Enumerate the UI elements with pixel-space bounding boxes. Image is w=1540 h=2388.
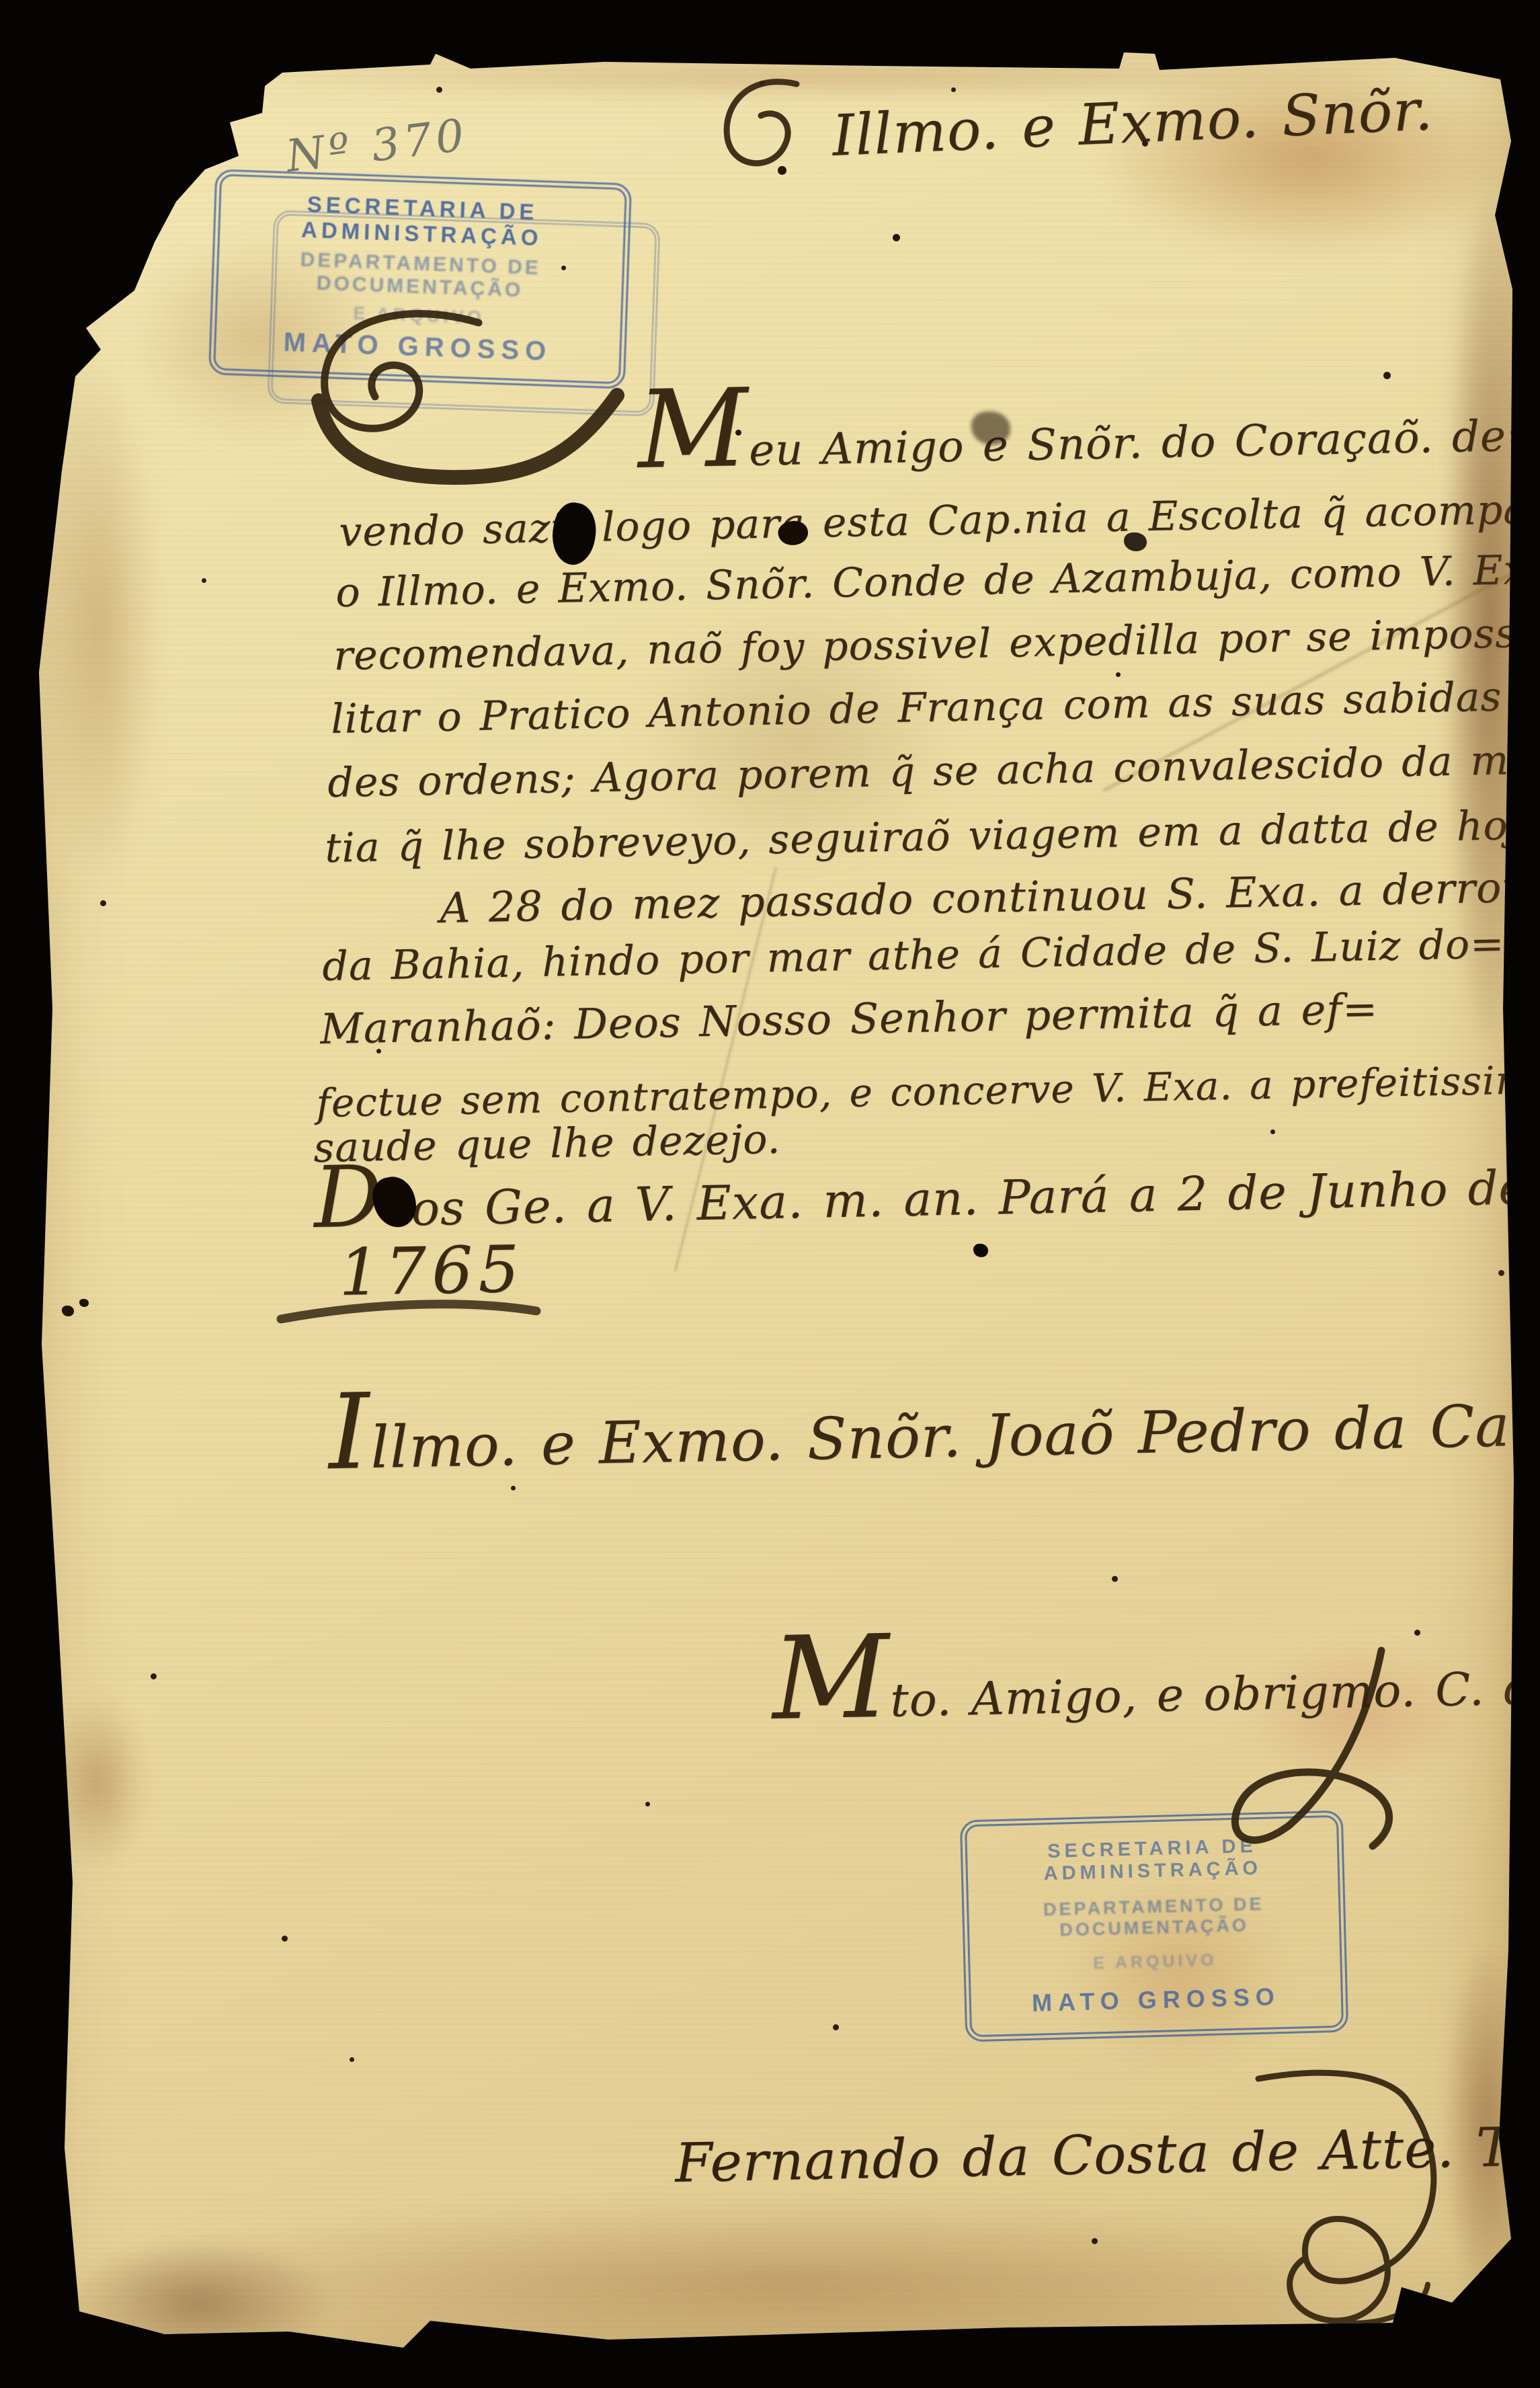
manuscript-line-5: litar o Pratico Antonio de França com as…: [331, 677, 1502, 740]
manuscript-line-10: Maranhaõ: Deos Nosso Senhor permita q̃ a…: [320, 988, 1379, 1050]
document-number-annotation: Nº 370: [283, 109, 471, 183]
stain-bottom-band: [94, 2198, 1492, 2373]
signature-rubric-icon: [1258, 2073, 1434, 2321]
manuscript-line-11: fectue sem contratempo, e concerve V. Ex…: [316, 1060, 1540, 1123]
stain-left-edge: [39, 363, 160, 887]
stamp-line-departamento: DEPARTAMENTO DE DOCUMENTAÇÃO: [234, 247, 606, 305]
archive-stamp-bottom: SECRETARIA DE ADMINISTRAÇÃO DEPARTAMENTO…: [960, 1810, 1348, 2042]
signature-rubric-tail-icon: [1324, 2284, 1428, 2323]
valediction-line: Mto. Amigo, e obrigmo. C. de V. Exa.: [772, 1661, 1540, 1726]
stamp-line-secretaria: SECRETARIA DE ADMINISTRAÇÃO: [983, 1834, 1322, 1887]
stamp-line-departamento: DEPARTAMENTO DE DOCUMENTAÇÃO: [985, 1893, 1323, 1943]
manuscript-line-2: vendo sazir logo para esta Cap.nia a Esc…: [339, 487, 1540, 553]
manuscript-line-6: des ordens; Agora porem q̃ se acha conva…: [327, 738, 1540, 803]
ink-dot-margin-2: [79, 1299, 89, 1307]
ink-blot-small: [1124, 532, 1147, 551]
stamp-line-matogrosso: MATO GROSSO: [1032, 1983, 1281, 2018]
manuscript-line-9: da Bahia, hindo por mar athe á Cidade de…: [322, 924, 1505, 987]
manuscript-paper: SECRETARIA DE ADMINISTRAÇÃO DEPARTAMENTO…: [0, 0, 1540, 2388]
manuscript-line-4: recomendava, naõ foy possivel expedilla …: [333, 611, 1540, 676]
ink-dot-below-date: [973, 1244, 988, 1257]
paper-hole-3: [93, 214, 104, 227]
manuscript-line-3: o Illmo. e Exmo. Snõr. Conde de Azambuja…: [335, 548, 1540, 613]
addressee-line: Illmo. e Exmo. Snõr. Joaõ Pedro da Camar…: [328, 1394, 1540, 1478]
stain-bottom-left: [64, 2239, 333, 2366]
scanned-document: SECRETARIA DE ADMINISTRAÇÃO DEPARTAMENTO…: [0, 0, 1540, 2388]
manuscript-dateline: Deos Ge. a V. Exa. m. an. Pará a 2 de Ju…: [314, 1164, 1528, 1234]
stain-left-lower: [47, 1694, 148, 1869]
paper-hole-1: [106, 160, 124, 186]
header-salutation: Illmo. e Exmo. Snõr.: [831, 81, 1434, 164]
stamp-line-matogrosso: MATO GROSSO: [283, 327, 553, 367]
manuscript-year: 1765: [338, 1237, 525, 1305]
stamp-line-secretaria: SECRETARIA DE ADMINISTRAÇÃO: [236, 189, 608, 253]
manuscript-line-8: A 28 do mez passado continuou S. Exa. a …: [440, 866, 1540, 929]
archive-stamp-top: SECRETARIA DE ADMINISTRAÇÃO DEPARTAMENTO…: [208, 169, 632, 389]
signature-name: Fernando da Costa de Atte. Teive: [674, 2118, 1540, 2190]
manuscript-line-12: saude que lhe dezejo.: [313, 1119, 781, 1168]
manuscript-line-1: Meu Amigo e Snõr. do Coraçaõ. de=: [638, 413, 1540, 475]
paper-hole-2: [118, 183, 132, 200]
ink-dot-margin-1: [62, 1306, 74, 1316]
ink-specks: [0, 0, 5, 5]
stamp-line-arquivo: E ARQUIVO: [353, 303, 485, 328]
stamp-line-arquivo: E ARQUIVO: [1093, 1950, 1217, 1973]
header-paraph-icon: [727, 82, 797, 163]
manuscript-line-7: tia q̃ lhe sobreveyo, seguiraõ viagem em…: [325, 805, 1540, 869]
